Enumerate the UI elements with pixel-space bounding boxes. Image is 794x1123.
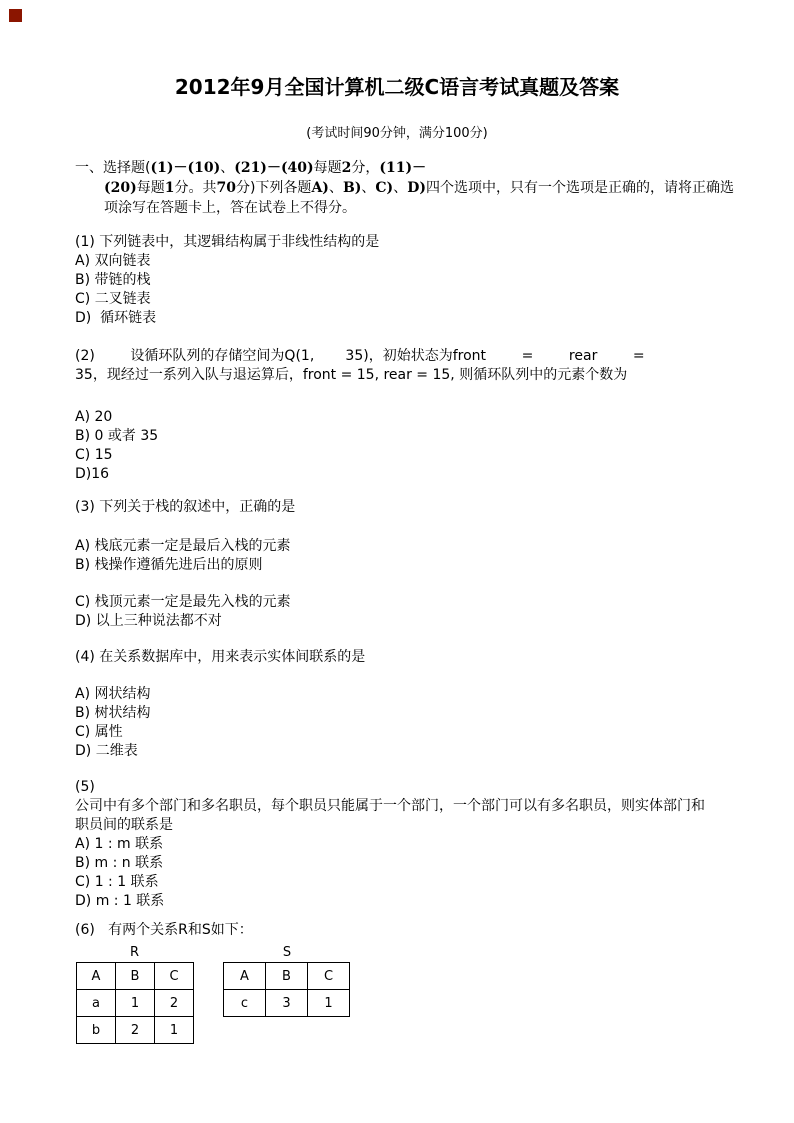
question-4-option-d: D) 二维表: [75, 742, 735, 761]
exam-time-info: (考试时间90分钟，满分100分): [0, 125, 794, 142]
spacer: [75, 575, 735, 593]
table-row: b 2 1: [77, 1017, 194, 1044]
table-cell: B: [266, 963, 308, 990]
question-5-option-b: B) m : n 联系: [75, 854, 735, 873]
question-3: (3) 下列关于栈的叙述中，正确的是 A) 栈底元素一定是最后入栈的元素 B) …: [75, 498, 735, 631]
table-cell: A: [224, 963, 266, 990]
question-4: (4) 在关系数据库中，用来表示实体间联系的是 A) 网状结构 B) 树状结构 …: [75, 648, 735, 761]
section-one-heading: 一、选择题((1)－(10)、(21)－(40)每题2分，(11)－ (20)每…: [75, 158, 735, 218]
question-1-text: (1) 下列链表中，其逻辑结构属于非线性结构的是: [75, 233, 735, 252]
spacer: [75, 385, 735, 408]
question-5-option-d: D) m : 1 联系: [75, 892, 735, 911]
question-5-option-a: A) 1 : m 联系: [75, 835, 735, 854]
table-cell: 3: [266, 990, 308, 1017]
question-5-option-c: C) 1 : 1 联系: [75, 873, 735, 892]
question-6-text: (6) 有两个关系R和S如下：: [75, 921, 735, 940]
table-row: A B C: [224, 963, 350, 990]
question-3-option-d: D) 以上三种说法都不对: [75, 612, 735, 631]
question-5-number: (5): [75, 778, 735, 797]
question-2-option-b: B) 0 或者 35: [75, 427, 735, 446]
table-cell: C: [308, 963, 350, 990]
question-5-text-line1: 公司中有多个部门和多名职员，每个职员只能属于一个部门，一个部门可以有多名职员，则…: [75, 797, 735, 816]
relation-r-label: R: [76, 944, 193, 961]
question-3-text: (3) 下列关于栈的叙述中，正确的是: [75, 498, 735, 517]
question-2-text-line1: (2) 设循环队列的存储空间为Q(1, 35)，初始状态为front = rea…: [75, 347, 735, 366]
question-5-text-line2: 职员间的联系是: [75, 816, 735, 835]
question-2-text-line2: 35，现经过一系列入队与退运算后，front = 15, rear = 15, …: [75, 366, 735, 385]
section-heading-line3: 项涂写在答题卡上，答在试卷上不得分。: [104, 198, 735, 218]
table-cell: a: [77, 990, 116, 1017]
relation-table-r: A B C a 1 2 b 2 1: [76, 962, 194, 1044]
spacer: [75, 667, 735, 685]
table-cell: 1: [116, 990, 155, 1017]
question-1-option-a: A) 双向链表: [75, 252, 735, 271]
question-2-option-d: D)16: [75, 465, 735, 484]
table-cell: 1: [308, 990, 350, 1017]
spacer: [75, 517, 735, 537]
section-heading-line2: (20)每题1分。共70分)下列各题A)、B)、C)、D)四个选项中，只有一个选…: [104, 178, 735, 198]
table-cell: 2: [116, 1017, 155, 1044]
question-1-option-b: B) 带链的栈: [75, 271, 735, 290]
question-3-option-b: B) 栈操作遵循先进后出的原则: [75, 556, 735, 575]
relation-s-label: S: [223, 944, 351, 961]
section-heading-line1: 一、选择题((1)－(10)、(21)－(40)每题2分，(11)－: [75, 158, 735, 178]
question-2-option-a: A) 20: [75, 408, 735, 427]
question-1: (1) 下列链表中，其逻辑结构属于非线性结构的是 A) 双向链表 B) 带链的栈…: [75, 233, 735, 328]
table-cell: c: [224, 990, 266, 1017]
question-1-option-d: D) 循环链表: [75, 309, 735, 328]
question-4-option-b: B) 树状结构: [75, 704, 735, 723]
document-page: 2012年9月全国计算机二级C语言考试真题及答案 (考试时间90分钟，满分100…: [0, 0, 794, 1123]
question-6: (6) 有两个关系R和S如下：: [75, 921, 735, 940]
red-marker-square: [9, 9, 22, 22]
table-row: c 3 1: [224, 990, 350, 1017]
question-4-option-c: C) 属性: [75, 723, 735, 742]
question-1-option-c: C) 二叉链表: [75, 290, 735, 309]
question-3-option-a: A) 栈底元素一定是最后入栈的元素: [75, 537, 735, 556]
table-row: a 1 2: [77, 990, 194, 1017]
table-row: A B C: [77, 963, 194, 990]
table-cell: 1: [155, 1017, 194, 1044]
question-5: (5) 公司中有多个部门和多名职员，每个职员只能属于一个部门，一个部门可以有多名…: [75, 778, 735, 911]
question-2: (2) 设循环队列的存储空间为Q(1, 35)，初始状态为front = rea…: [75, 347, 735, 484]
table-cell: C: [155, 963, 194, 990]
question-3-option-c: C) 栈顶元素一定是最先入栈的元素: [75, 593, 735, 612]
document-title: 2012年9月全国计算机二级C语言考试真题及答案: [0, 74, 794, 100]
relation-table-s: A B C c 3 1: [223, 962, 350, 1017]
question-2-option-c: C) 15: [75, 446, 735, 465]
table-cell: b: [77, 1017, 116, 1044]
table-cell: 2: [155, 990, 194, 1017]
table-cell: B: [116, 963, 155, 990]
question-4-text: (4) 在关系数据库中，用来表示实体间联系的是: [75, 648, 735, 667]
question-4-option-a: A) 网状结构: [75, 685, 735, 704]
table-cell: A: [77, 963, 116, 990]
